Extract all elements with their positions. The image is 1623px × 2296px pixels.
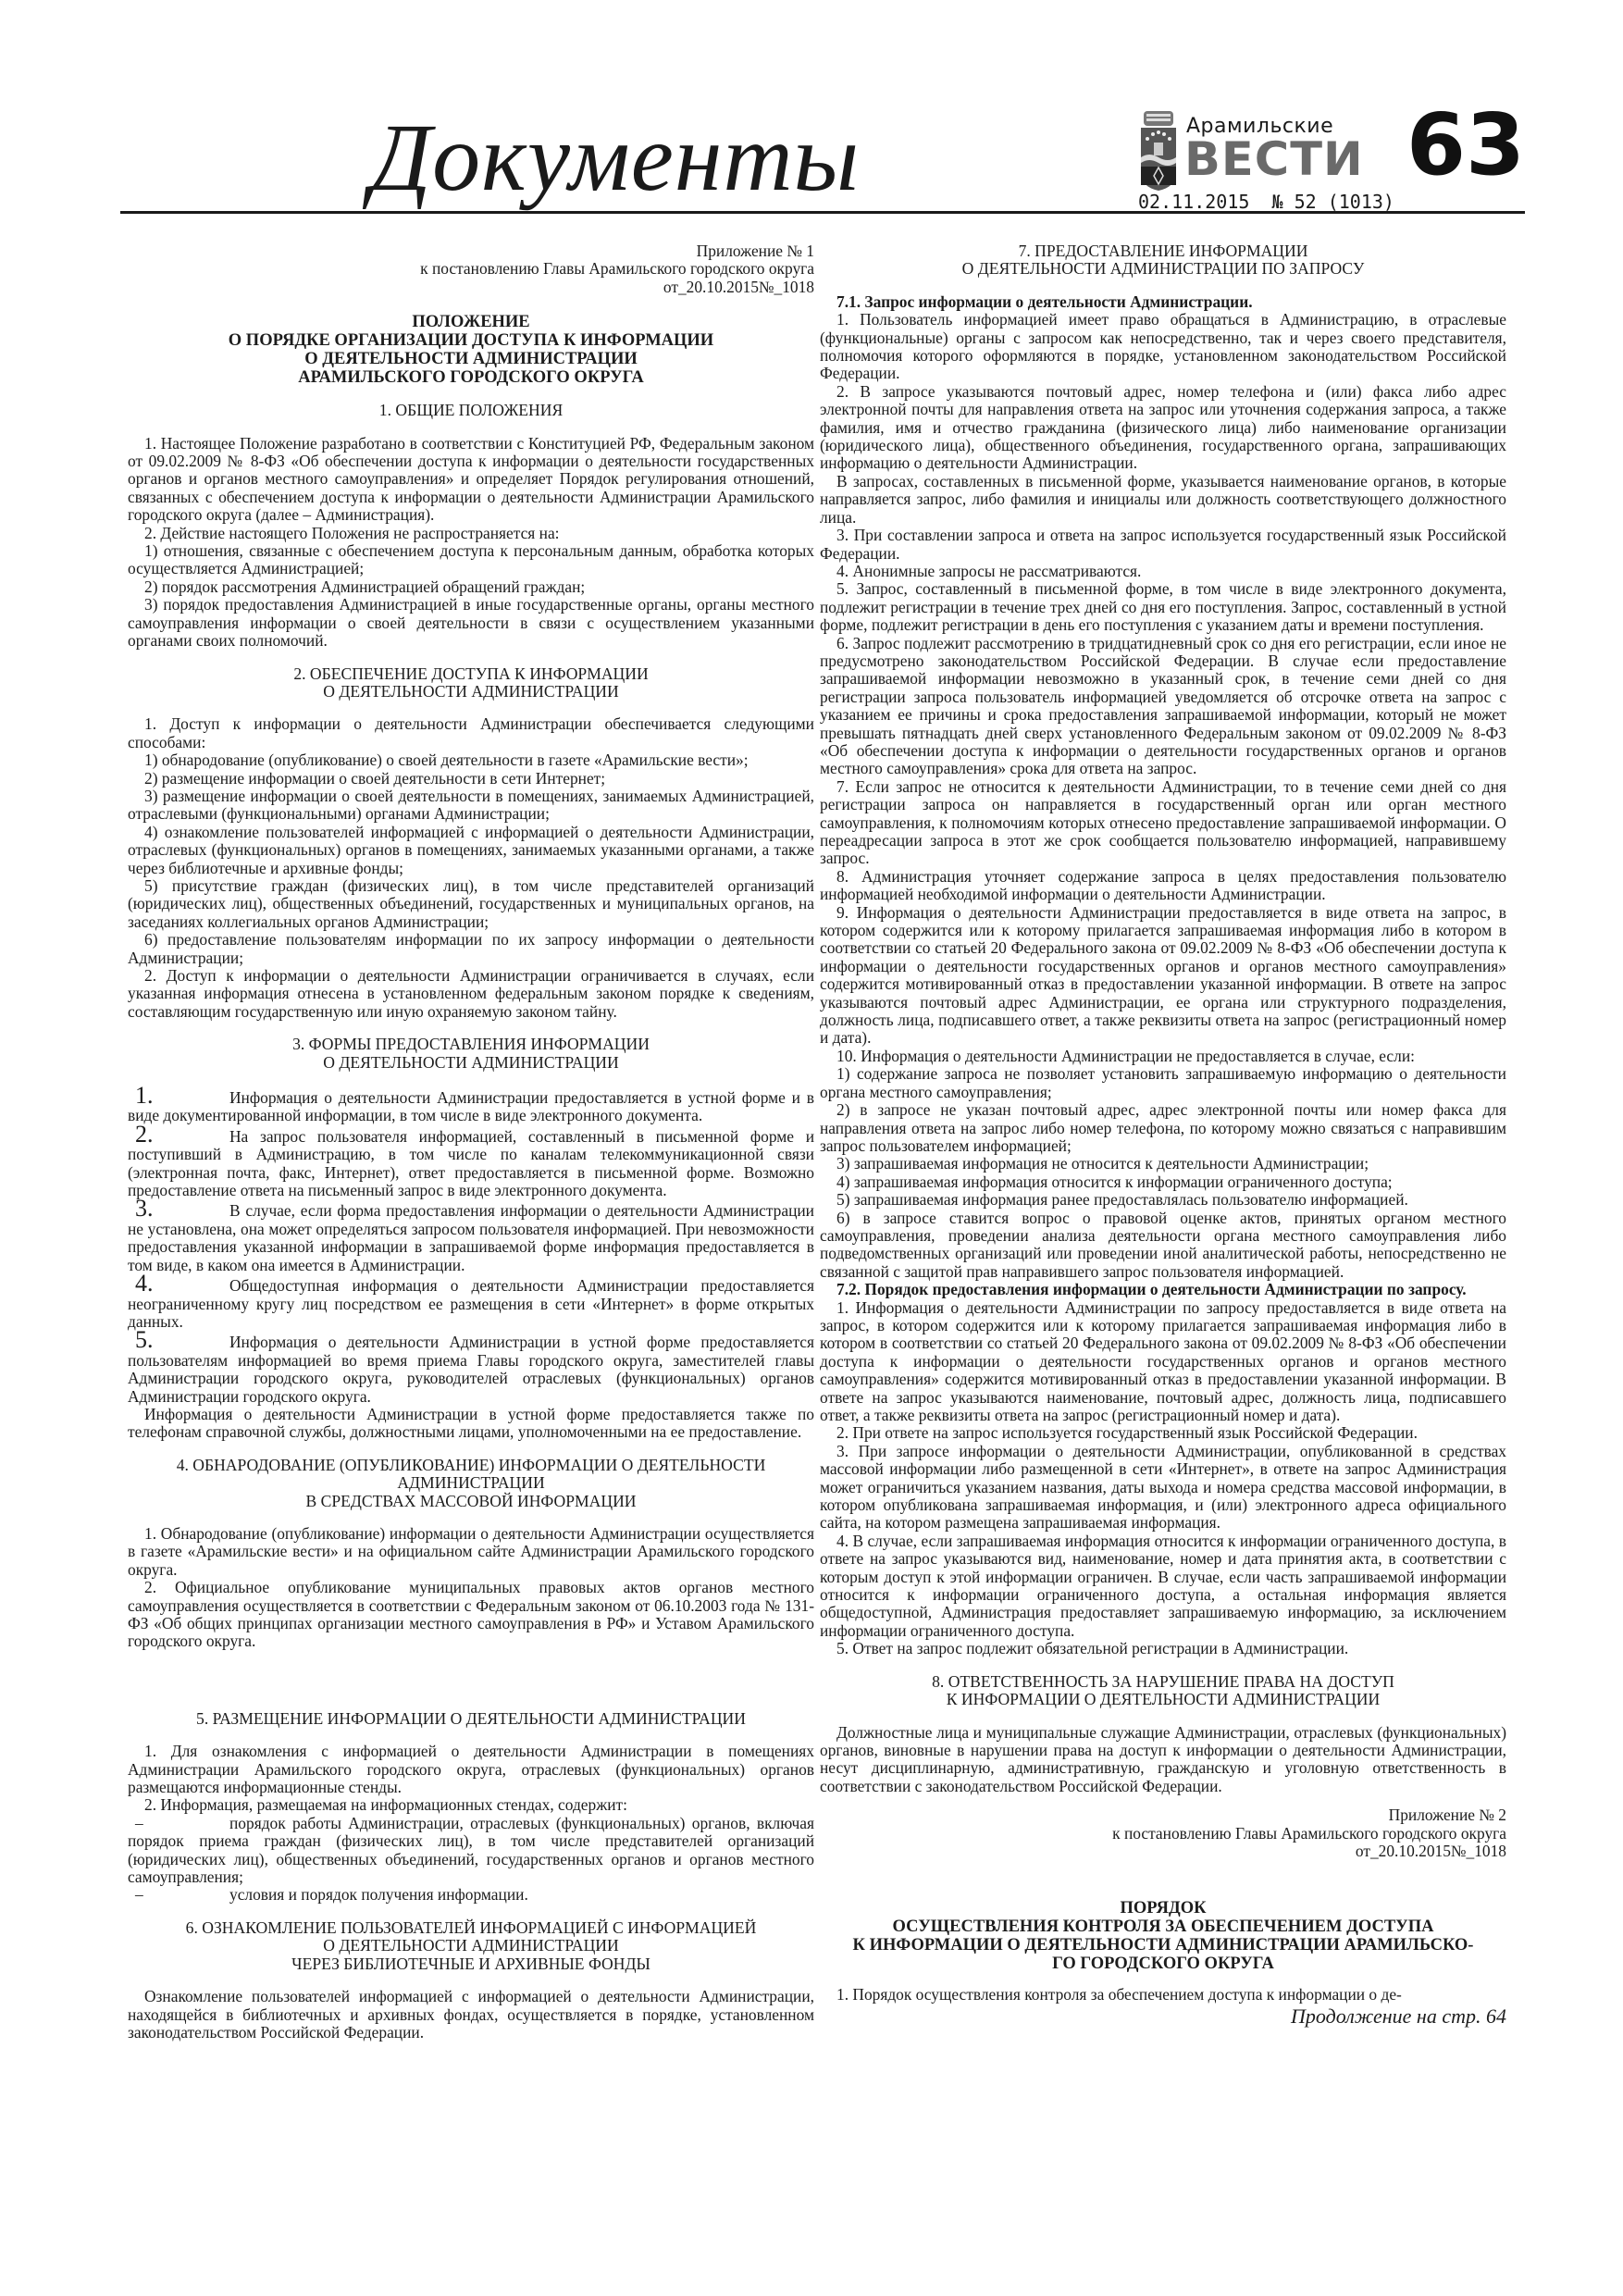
- item-text: условия и порядок получения информации.: [229, 1885, 528, 1904]
- paragraph: 6) предоставление пользователям информац…: [128, 931, 814, 967]
- paragraph: 4) ознакомление пользователей информацие…: [128, 824, 814, 877]
- paragraph: 2) в запросе не указан почтовый адрес, а…: [820, 1101, 1506, 1155]
- paragraph: 3) порядок предоставления Администрацией…: [128, 596, 814, 650]
- section-3-heading: 3. ФОРМЫ ПРЕДОСТАВЛЕНИЯ ИНФОРМАЦИИ О ДЕЯ…: [128, 1036, 814, 1072]
- masthead: Документы Арамильские ВЕСТИ 02.11.2015 №…: [120, 102, 1525, 211]
- paragraph: Должностные лица и муниципальные служащи…: [820, 1724, 1506, 1796]
- paragraph: 3. При запросе информации о деятельности…: [820, 1443, 1506, 1533]
- paragraph: 7. Если запрос не относится к деятельнос…: [820, 778, 1506, 868]
- paragraph: 4. Анонимные запросы не рассматриваются.: [820, 563, 1506, 580]
- section-6-heading: 6. ОЗНАКОМЛЕНИЕ ПОЛЬЗОВАТЕЛЕЙ ИНФОРМАЦИЕ…: [128, 1919, 814, 1973]
- paragraph: 6) в запросе ставится вопрос о правовой …: [820, 1210, 1506, 1282]
- issue-date: 02.11.2015: [1138, 191, 1249, 213]
- heading-line: 2. ОБЕСПЕЧЕНИЕ ДОСТУПА К ИНФОРМАЦИИ: [128, 665, 814, 683]
- heading-line: ЧЕРЕЗ БИБЛИОТЕЧНЫЕ И АРХИВНЫЕ ФОНДЫ: [128, 1955, 814, 1973]
- title-line: ПОЛОЖЕНИЕ: [128, 313, 814, 331]
- numbered-item: 2.На запрос пользователя информацией, со…: [128, 1125, 814, 1200]
- item-text: порядок работы Администрации, отраслевых…: [128, 1814, 814, 1886]
- spacer: [128, 1651, 814, 1695]
- section-7-heading: 7. ПРЕДОСТАВЛЕНИЕ ИНФОРМАЦИИ О ДЕЯТЕЛЬНО…: [820, 242, 1506, 279]
- appendix-decree: к постановлению Главы Арамильского город…: [820, 1825, 1506, 1843]
- dash-item: –порядок работы Администрации, отраслевы…: [128, 1815, 814, 1887]
- appendix-label: Приложение № 1: [128, 242, 814, 260]
- heading-line: О ДЕЯТЕЛЬНОСТИ АДМИНИСТРАЦИИ ПО ЗАПРОСУ: [820, 260, 1506, 278]
- subsection-7-2-heading: 7.2. Порядок предоставления информации о…: [820, 1281, 1506, 1298]
- numbered-item: 1.Информация о деятельности Администраци…: [128, 1086, 814, 1125]
- paragraph: 1) отношения, связанные с обеспечением д…: [128, 542, 814, 578]
- item-number: 1.: [128, 1086, 229, 1104]
- item-number: 2.: [128, 1125, 229, 1143]
- paragraph: 9. Информация о деятельности Администрац…: [820, 904, 1506, 1048]
- heading-line: 6. ОЗНАКОМЛЕНИЕ ПОЛЬЗОВАТЕЛЕЙ ИНФОРМАЦИЕ…: [128, 1919, 814, 1937]
- paragraph: 2. При ответе на запрос используется гос…: [820, 1424, 1506, 1442]
- heading-line: 7. ПРЕДОСТАВЛЕНИЕ ИНФОРМАЦИИ: [820, 242, 1506, 260]
- paragraph: 5) запрашиваемая информация ранее предос…: [820, 1191, 1506, 1209]
- paragraph: 6. Запрос подлежит рассмотрению в тридца…: [820, 635, 1506, 778]
- paragraph: 2. Доступ к информации о деятельности Ад…: [128, 967, 814, 1021]
- dash-marker: –: [128, 1815, 229, 1832]
- item-number: 4.: [128, 1274, 229, 1292]
- title-line: ПОРЯДОК: [820, 1899, 1506, 1917]
- item-text: Общедоступная информация о деятельности …: [128, 1276, 814, 1331]
- document-title: ПОЛОЖЕНИЕ О ПОРЯДКЕ ОРГАНИЗАЦИИ ДОСТУПА …: [128, 313, 814, 387]
- appendix-date: от_20.10.2015№_1018: [128, 279, 814, 296]
- appendix-date: от_20.10.2015№_1018: [820, 1843, 1506, 1860]
- dash-marker: –: [128, 1886, 229, 1904]
- appendix-2: Приложение № 2 к постановлению Главы Ара…: [820, 1806, 1506, 1860]
- newspaper-page: Документы Арамильские ВЕСТИ 02.11.2015 №…: [0, 0, 1623, 2296]
- section-8-heading: 8. ОТВЕТСТВЕННОСТЬ ЗА НАРУШЕНИЕ ПРАВА НА…: [820, 1673, 1506, 1709]
- title-line: ГО ГОРОДСКОГО ОКРУГА: [820, 1955, 1506, 1973]
- document-2-title: ПОРЯДОК ОСУЩЕСТВЛЕНИЯ КОНТРОЛЯ ЗА ОБЕСПЕ…: [820, 1899, 1506, 1973]
- paragraph: 5. Ответ на запрос подлежит обязательной…: [820, 1640, 1506, 1657]
- section-4-heading: 4. ОБНАРОДОВАНИЕ (ОПУБЛИКОВАНИЕ) ИНФОРМА…: [128, 1457, 814, 1510]
- item-text: Информация о деятельности Администрации …: [128, 1088, 814, 1124]
- title-line: О ПОРЯДКЕ ОРГАНИЗАЦИИ ДОСТУПА К ИНФОРМАЦ…: [128, 331, 814, 350]
- paragraph: Ознакомление пользователей информацией с…: [128, 1988, 814, 2042]
- appendix-decree: к постановлению Главы Арамильского город…: [128, 260, 814, 278]
- left-column: Приложение № 1 к постановлению Главы Ара…: [128, 242, 814, 2042]
- paragraph: 2. Действие настоящего Положения не расп…: [128, 525, 814, 542]
- item-number: 5.: [128, 1331, 229, 1348]
- paragraph: 2) порядок рассмотрения Администрацией о…: [128, 578, 814, 596]
- brand-name-main: ВЕСТИ: [1184, 133, 1364, 185]
- section-2-heading: 2. ОБЕСПЕЧЕНИЕ ДОСТУПА К ИНФОРМАЦИИ О ДЕ…: [128, 665, 814, 701]
- section-1-heading: 1. ОБЩИЕ ПОЛОЖЕНИЯ: [128, 402, 814, 419]
- numbered-item: 4.Общедоступная информация о деятельност…: [128, 1274, 814, 1331]
- heading-line: АДМИНИСТРАЦИИ: [128, 1474, 814, 1492]
- paragraph: 2. В запросе указываются почтовый адрес,…: [820, 383, 1506, 473]
- heading-line: К ИНФОРМАЦИИ О ДЕЯТЕЛЬНОСТИ АДМИНИСТРАЦИ…: [820, 1691, 1506, 1708]
- heading-line: О ДЕЯТЕЛЬНОСТИ АДМИНИСТРАЦИИ: [128, 1054, 814, 1072]
- appendix-1: Приложение № 1 к постановлению Главы Ара…: [128, 242, 814, 296]
- paragraph: В запросах, составленных в письменной фо…: [820, 473, 1506, 527]
- paragraph: 1. Информация о деятельности Администрац…: [820, 1299, 1506, 1425]
- heading-line: О ДЕЯТЕЛЬНОСТИ АДМИНИСТРАЦИИ: [128, 683, 814, 701]
- heading-line: О ДЕЯТЕЛЬНОСТИ АДМИНИСТРАЦИИ: [128, 1937, 814, 1955]
- paragraph: 2. Официальное опубликование муниципальн…: [128, 1579, 814, 1651]
- item-text: На запрос пользователя информацией, сост…: [128, 1127, 814, 1199]
- paragraph: 1. Порядок осуществления контроля за обе…: [820, 1986, 1506, 2004]
- paragraph: 4) запрашиваемая информация относится к …: [820, 1173, 1506, 1191]
- heading-line: В СРЕДСТВАХ МАССОВОЙ ИНФОРМАЦИИ: [128, 1493, 814, 1510]
- numbered-item: 3.В случае, если форма предоставления ин…: [128, 1199, 814, 1274]
- section-title: Документы: [370, 107, 860, 209]
- paragraph: 10. Информация о деятельности Администра…: [820, 1048, 1506, 1065]
- item-text: Информация о деятельности Администрации …: [128, 1333, 814, 1405]
- paragraph: 3) размещение информации о своей деятель…: [128, 788, 814, 824]
- appendix-label: Приложение № 2: [820, 1806, 1506, 1824]
- coat-of-arms-icon: [1138, 109, 1179, 192]
- heading-line: 5. РАЗМЕЩЕНИЕ ИНФОРМАЦИИ О ДЕЯТЕЛЬНОСТИ …: [128, 1710, 814, 1728]
- paragraph: 5. Запрос, составленный в письменной фор…: [820, 580, 1506, 634]
- item-number: 3.: [128, 1199, 229, 1217]
- section-5-heading: 5. РАЗМЕЩЕНИЕ ИНФОРМАЦИИ О ДЕЯТЕЛЬНОСТИ …: [128, 1710, 814, 1728]
- right-column: 7. ПРЕДОСТАВЛЕНИЕ ИНФОРМАЦИИ О ДЕЯТЕЛЬНО…: [820, 242, 1506, 2029]
- title-line: О ДЕЯТЕЛЬНОСТИ АДМИНИСТРАЦИИ: [128, 350, 814, 368]
- header-rule: [120, 211, 1525, 214]
- paragraph: 1. Для ознакомления с информацией о деят…: [128, 1743, 814, 1796]
- numbered-item: 5.Информация о деятельности Администраци…: [128, 1331, 814, 1406]
- paragraph: 1. Обнародование (опубликование) информа…: [128, 1525, 814, 1579]
- dash-item: –условия и порядок получения информации.: [128, 1886, 814, 1904]
- item-text: В случае, если форма предоставления инфо…: [128, 1201, 814, 1273]
- paragraph: 3) запрашиваемая информация не относится…: [820, 1155, 1506, 1173]
- paragraph: 1. Пользователь информацией имеет право …: [820, 311, 1506, 383]
- paragraph: 1) обнародование (опубликование) о своей…: [128, 751, 814, 769]
- title-line: ОСУЩЕСТВЛЕНИЯ КОНТРОЛЯ ЗА ОБЕСПЕЧЕНИЕМ Д…: [820, 1917, 1506, 1936]
- paragraph: Информация о деятельности Администрации …: [128, 1406, 814, 1442]
- issue-number: № 52 (1013): [1272, 191, 1394, 213]
- continued-on-page-link[interactable]: Продолжение на стр. 64: [820, 2004, 1506, 2029]
- paragraph: 3. При составлении запроса и ответа на з…: [820, 527, 1506, 563]
- paragraph: 1. Настоящее Положение разработано в соо…: [128, 435, 814, 525]
- heading-line: 1. ОБЩИЕ ПОЛОЖЕНИЯ: [128, 402, 814, 419]
- heading-line: 8. ОТВЕТСТВЕННОСТЬ ЗА НАРУШЕНИЕ ПРАВА НА…: [820, 1673, 1506, 1691]
- paragraph: 4. В случае, если запрашиваемая информац…: [820, 1533, 1506, 1640]
- paragraph: 8. Администрация уточняет содержание зап…: [820, 868, 1506, 904]
- page-number: 63: [1406, 94, 1525, 196]
- paragraph: 5) присутствие граждан (физических лиц),…: [128, 877, 814, 931]
- title-line: АРАМИЛЬСКОГО ГОРОДСКОГО ОКРУГА: [128, 368, 814, 387]
- paragraph: 2. Информация, размещаемая на информацио…: [128, 1796, 814, 1814]
- heading-line: 4. ОБНАРОДОВАНИЕ (ОПУБЛИКОВАНИЕ) ИНФОРМА…: [128, 1457, 814, 1474]
- subsection-7-1-heading: 7.1. Запрос информации о деятельности Ад…: [820, 293, 1506, 311]
- paragraph: 1) содержание запроса не позволяет устан…: [820, 1065, 1506, 1101]
- heading-line: 3. ФОРМЫ ПРЕДОСТАВЛЕНИЯ ИНФОРМАЦИИ: [128, 1036, 814, 1053]
- paragraph: 2) размещение информации о своей деятель…: [128, 770, 814, 788]
- paragraph: 1. Доступ к информации о деятельности Ад…: [128, 715, 814, 751]
- issue-info: 02.11.2015 № 52 (1013): [1138, 191, 1394, 213]
- title-line: К ИНФОРМАЦИИ О ДЕЯТЕЛЬНОСТИ АДМИНИСТРАЦИ…: [820, 1936, 1506, 1955]
